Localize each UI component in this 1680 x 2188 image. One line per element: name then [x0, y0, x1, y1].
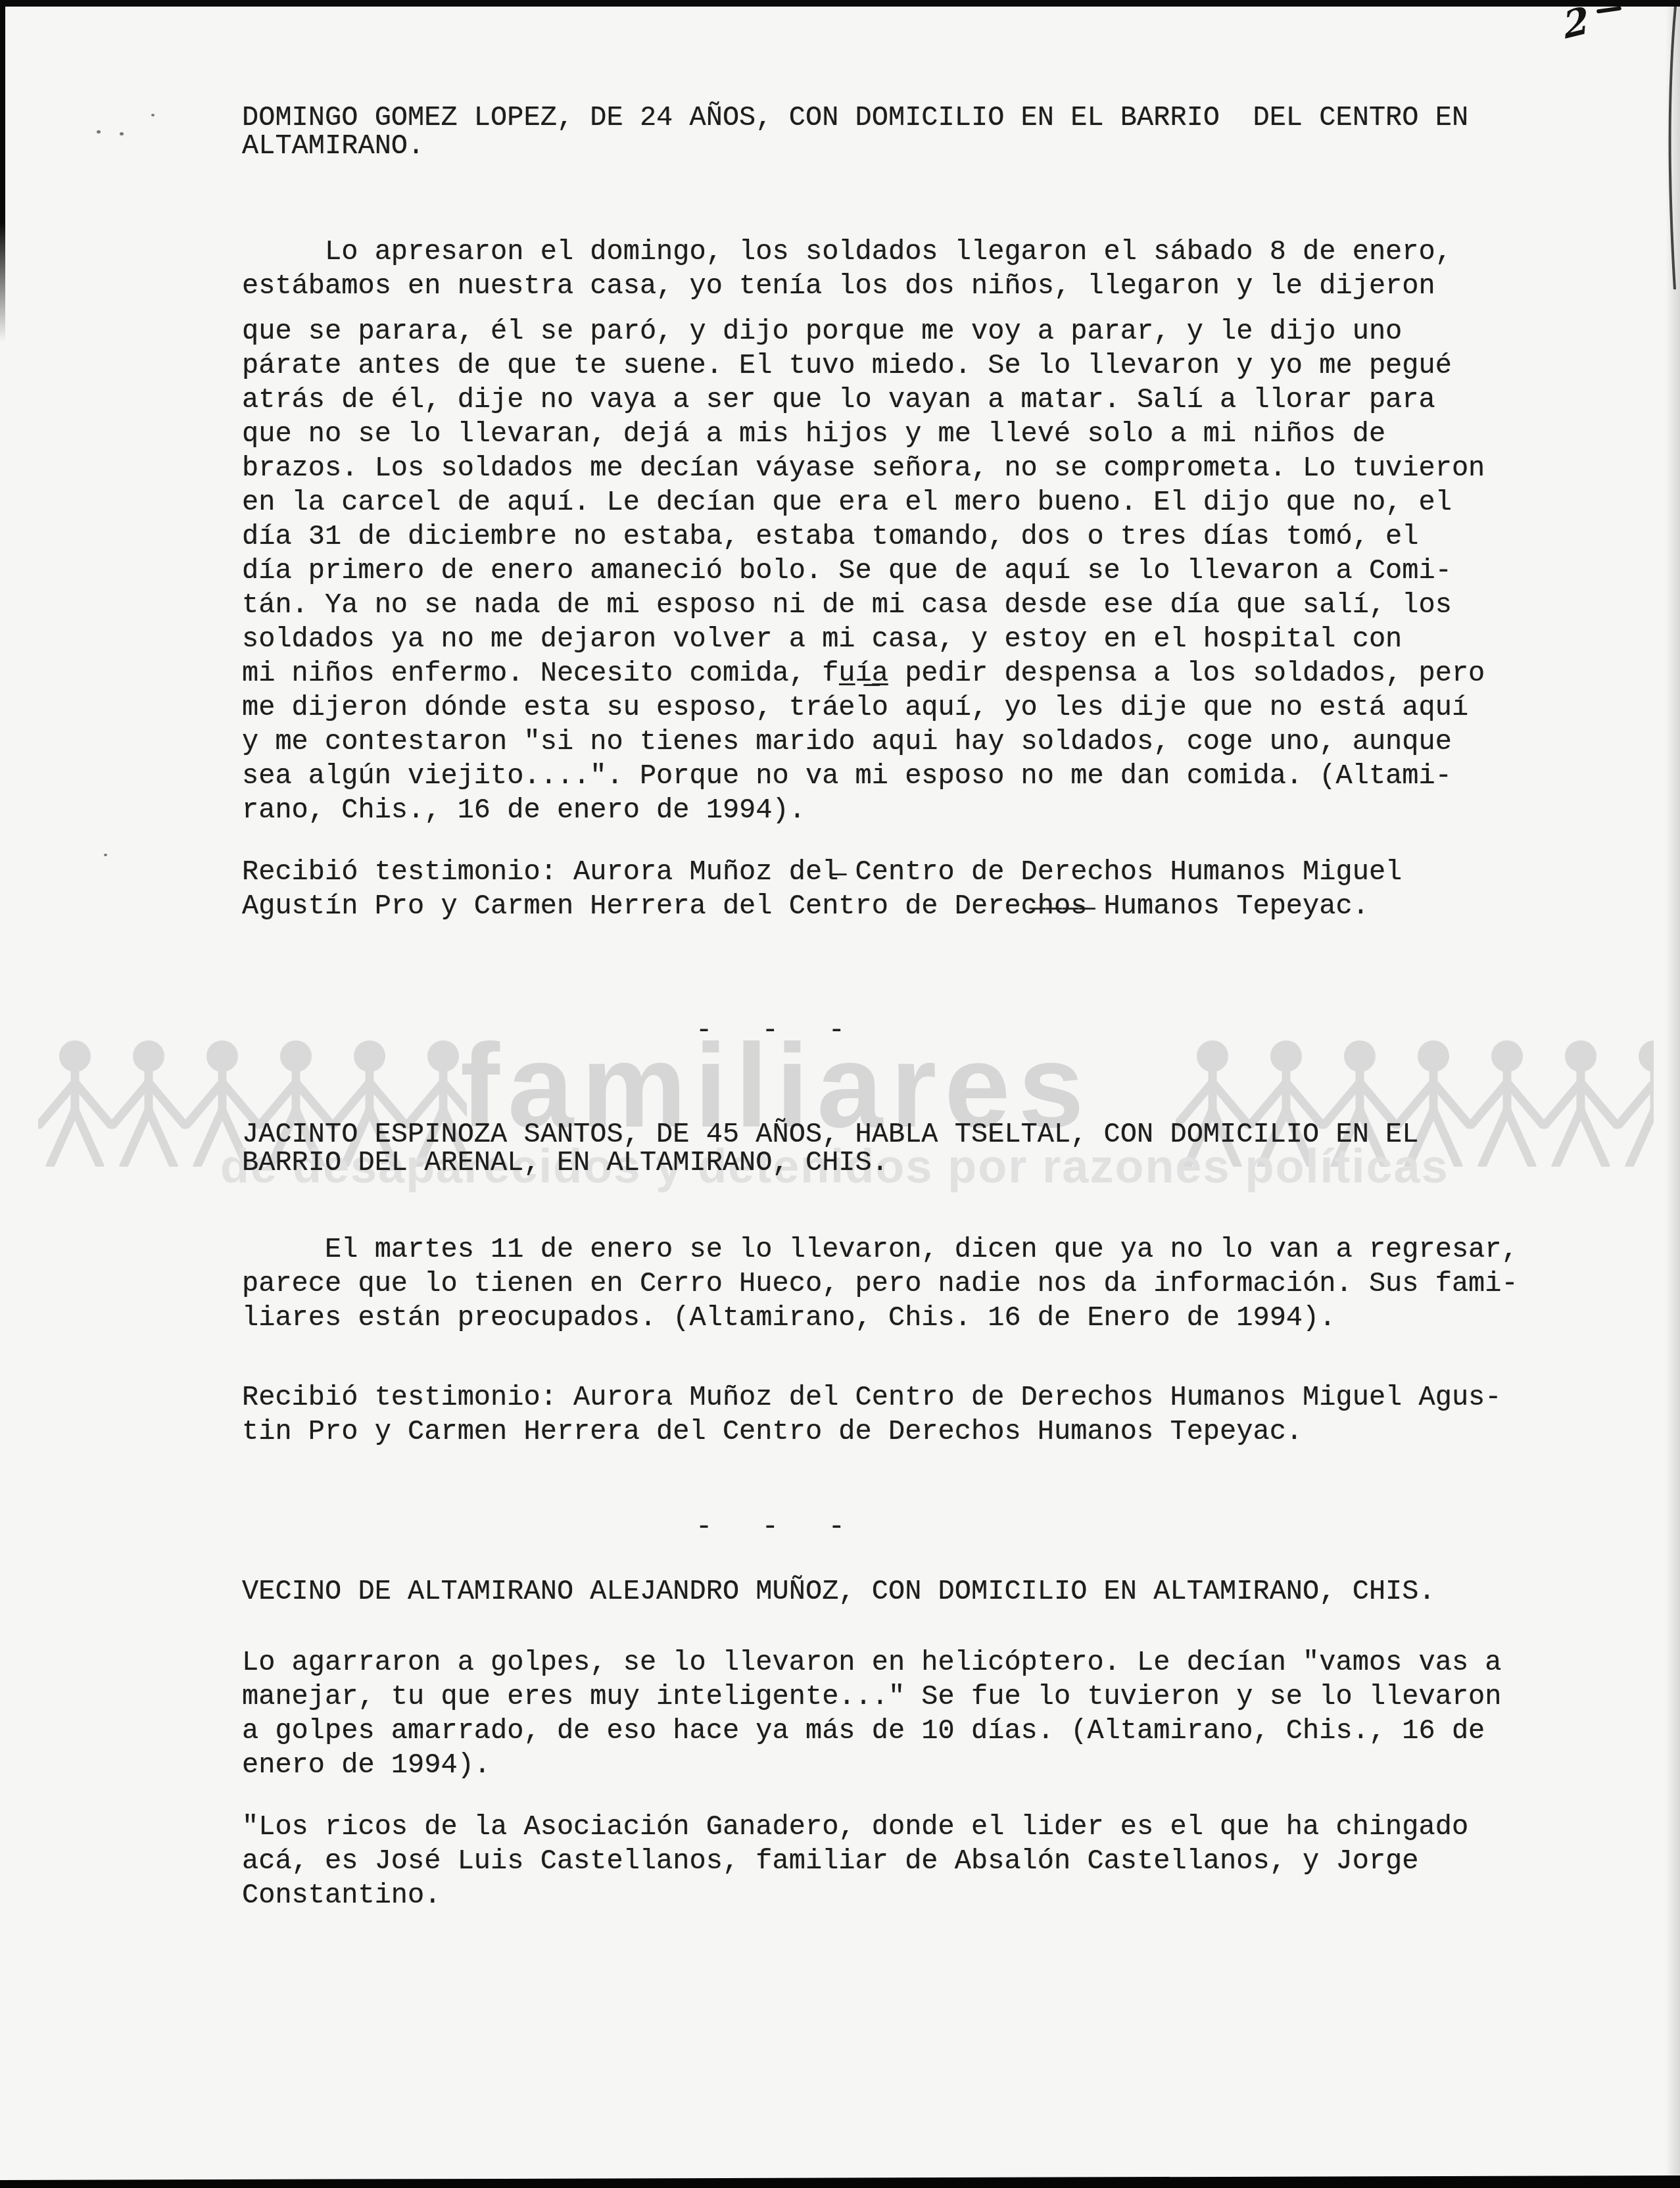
section-1-heading: DOMINGO GOMEZ LOPEZ, DE 24 AÑOS, CON DOM…	[242, 104, 1468, 160]
handwritten-stroke	[1596, 6, 1621, 13]
section-1-paragraph: que se parara, él se paró, y dijo porque…	[242, 314, 1485, 827]
paper-speck	[104, 854, 107, 856]
paper-speck	[151, 114, 155, 116]
scan-edge-top	[0, 0, 1680, 7]
section-1-testimony: Recibió testimonio: Aurora Muñoz del̶ Ce…	[242, 855, 1402, 923]
section-2-heading: JACINTO ESPINOZA SANTOS, DE 45 AÑOS, HAB…	[242, 1121, 1419, 1177]
section-3-heading: VECINO DE ALTAMIRANO ALEJANDRO MUÑOZ, CO…	[242, 1578, 1435, 1606]
paper-speck	[120, 132, 124, 135]
section-separator: - - -	[696, 1510, 845, 1544]
section-3-paragraph: Lo agarraron a golpes, se lo llevaron en…	[242, 1645, 1502, 1782]
scan-edge-right-shadow	[1666, 0, 1680, 2188]
section-2-paragraph: El martes 11 de enero se lo llevaron, di…	[242, 1232, 1518, 1335]
section-separator: - - -	[696, 1013, 845, 1048]
scan-edge-arc	[1657, 0, 1680, 303]
section-2-testimony: Recibió testimonio: Aurora Muñoz del Cen…	[242, 1380, 1502, 1449]
scan-edge-left	[0, 0, 5, 342]
handwritten-page-number: 2	[1562, 0, 1591, 48]
section-3-quote: "Los ricos de la Asociación Ganadero, do…	[242, 1810, 1468, 1912]
section-1-paragraph-intro: Lo apresaron el domingo, los soldados ll…	[242, 235, 1452, 303]
paper-speck	[97, 130, 101, 134]
scan-edge-bottom	[0, 2176, 1680, 2188]
scanned-document-page: familiares de desaparecidos y detenidos …	[0, 0, 1680, 2188]
